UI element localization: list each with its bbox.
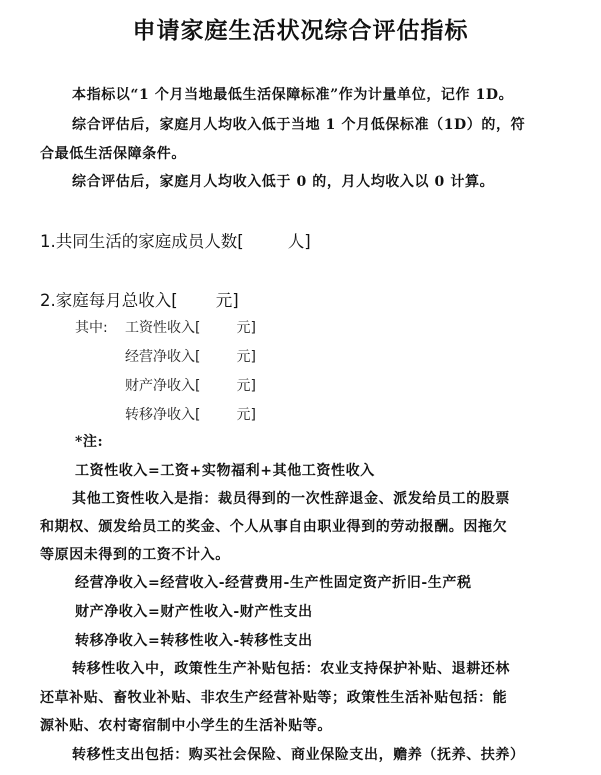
intro-paragraph-1: 本指标以“1 个月当地最低生活保障标准”作为计量单位，记作 1D。 [72, 80, 513, 110]
breakdown-prefix: 其中: [75, 317, 108, 337]
breakdown-label: 经营净收入[ [125, 349, 200, 365]
intro-paragraph-2-line-1: 综合评估后，家庭月人均收入低于当地 1 个月低保标准（1D）的，符 [72, 110, 525, 140]
note-line: 等原因未得到的工资不计入。 [40, 540, 230, 570]
breakdown-label: 工资性收入[ [125, 320, 200, 336]
intro-paragraph-2-line-2: 合最低生活保障条件。 [40, 139, 186, 169]
note-line: 财产净收入=财产性收入-财产性支出 [75, 597, 313, 627]
note-line: 转移性支出包括：购买社会保险、商业保险支出，赡养（抚养、扶养） [72, 740, 525, 770]
breakdown-business-income: 经营净收入[元] [125, 346, 256, 366]
breakdown-transfer-income: 转移净收入[元] [125, 404, 256, 424]
note-line: 经营净收入=经营收入-经营费用-生产性固定资产折旧-生产税 [75, 568, 472, 598]
unit-label: 人] [288, 232, 311, 251]
intro-paragraph-3: 综合评估后，家庭月人均收入低于 0 的，月人均收入以 0 计算。 [72, 167, 494, 197]
breakdown-wage-income: 工资性收入[元] [125, 317, 256, 337]
unit-label: 元] [216, 291, 239, 310]
question-label: 2.家庭每月总收入[ [40, 291, 178, 310]
question-label: 1.共同生活的家庭成员人数[ [40, 232, 244, 251]
breakdown-property-income: 财产净收入[元] [125, 375, 256, 395]
note-line: 工资性收入=工资+实物福利+其他工资性收入 [75, 456, 375, 486]
question-household-size: 1.共同生活的家庭成员人数[人] [40, 228, 311, 252]
unit-label: 元] [236, 378, 255, 394]
note-line: 源补贴、农村寄宿制中小学生的生活补贴等。 [40, 711, 332, 741]
note-line: 转移性收入中，政策性生产补贴包括：农业支持保护补贴、退耕还林 [72, 654, 510, 684]
unit-label: 元] [236, 320, 255, 336]
document-page: 申请家庭生活状况综合评估指标 本指标以“1 个月当地最低生活保障标准”作为计量单… [0, 0, 601, 775]
breakdown-label: 转移净收入[ [125, 407, 200, 423]
question-monthly-income: 2.家庭每月总收入[元] [40, 287, 239, 311]
note-line: 转移净收入=转移性收入-转移性支出 [75, 626, 313, 656]
page-title: 申请家庭生活状况综合评估指标 [0, 12, 601, 45]
breakdown-label: 财产净收入[ [125, 378, 200, 394]
note-line: 和期权、颁发给员工的奖金、个人从事自由职业得到的劳动报酬。因拖欠 [40, 512, 507, 542]
note-line: 其他工资性收入是指：裁员得到的一次性辞退金、派发给员工的股票 [72, 484, 510, 514]
unit-label: 元] [236, 349, 255, 365]
unit-label: 元] [236, 407, 255, 423]
notes-heading: *注: [75, 427, 103, 457]
note-line: 还草补贴、畜牧业补贴、非农生产经营补贴等；政策性生活补贴包括：能 [40, 683, 507, 713]
